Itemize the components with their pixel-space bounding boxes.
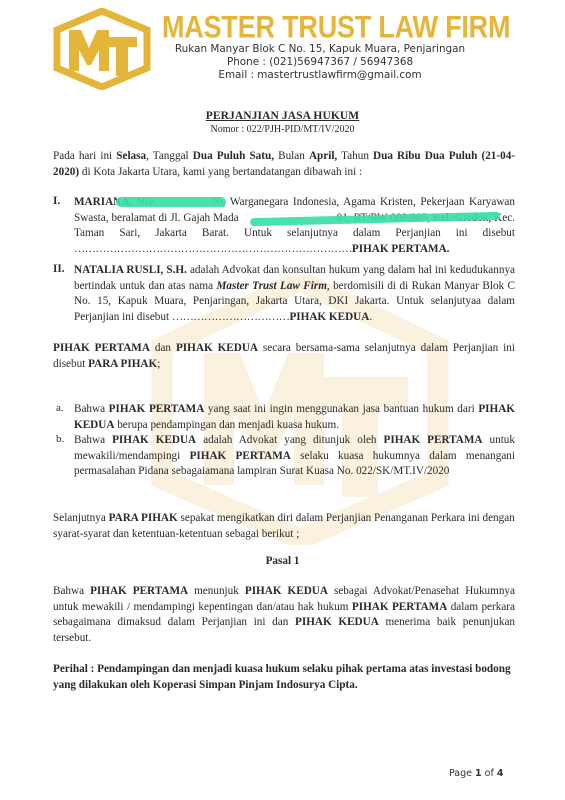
para-pihak-paragraph: PIHAK PERTAMA dan PIHAK KEDUA secara ber… — [53, 341, 515, 372]
point-a-marker: a. — [56, 402, 64, 414]
firm-name: MASTER TRUST LAW FIRM — [162, 10, 492, 46]
point-b-marker: b. — [56, 433, 64, 445]
page-indicator: Page 1 of 4 — [449, 768, 503, 779]
agreement-paragraph: Selanjutnya PARA PIHAK sepakat mengikatk… — [53, 511, 515, 542]
pasal-1-paragraph: Bahwa PIHAK PERTAMA menunjuk PIHAK KEDUA… — [53, 584, 515, 646]
point-a-paragraph: Bahwa PIHAK PERTAMA yang saat ini ingin … — [74, 402, 515, 433]
letterhead: MASTER TRUST LAW FIRM Rukan Manyar Blok … — [0, 0, 565, 95]
document-title: PERJANJIAN JASA HUKUM — [0, 110, 565, 122]
party-two-paragraph: NATALIA RUSLI, S.H. adalah Advokat dan k… — [74, 263, 515, 325]
point-b-paragraph: Bahwa PIHAK KEDUA adalah Advokat yang di… — [74, 433, 515, 480]
party-one-numeral: I. — [53, 195, 60, 207]
firm-logo-icon — [52, 8, 152, 90]
firm-address: Rukan Manyar Blok C No. 15, Kapuk Muara,… — [150, 43, 490, 56]
perihal-paragraph: Perihal : Pendampingan dan menjadi kuasa… — [53, 662, 515, 693]
firm-phone: Phone : (021)56947367 / 56947368 — [150, 56, 490, 69]
party-two-numeral: II. — [53, 263, 65, 275]
opening-paragraph: Pada hari ini Selasa, Tanggal Dua Puluh … — [53, 149, 515, 180]
redaction-mark-nik — [116, 197, 226, 207]
document-number: Nomor : 022/PJH-PID/MT/IV/2020 — [0, 124, 565, 135]
firm-email: Email : mastertrustlawfirm@gmail.com — [150, 69, 490, 82]
firm-contact-info: Rukan Manyar Blok C No. 15, Kapuk Muara,… — [150, 43, 490, 82]
pasal-1-heading: Pasal 1 — [0, 555, 565, 567]
